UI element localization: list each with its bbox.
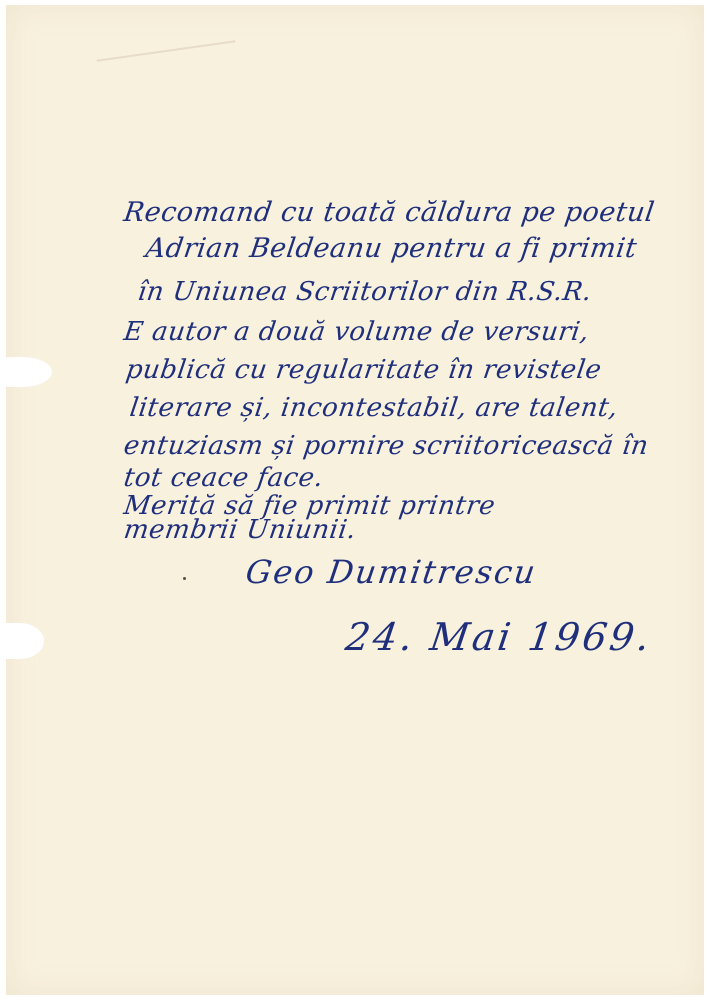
letter-line-3: în Uniunea Scriitorilor din R.S.R. <box>136 277 594 307</box>
letter-line-10: membrii Uniunii. <box>122 515 358 545</box>
ink-speck <box>183 577 186 580</box>
letter-line-1: Recomand cu toată căldura pe poetul <box>122 197 657 228</box>
letter-line-8: tot ceace face. <box>122 463 326 493</box>
punch-hole-bottom <box>0 623 44 659</box>
letter-line-6: literare și, incontestabil, are talent, <box>128 393 620 423</box>
letter-line-5: publică cu regularitate în revistele <box>124 355 604 385</box>
letter-line-4: E autor a două volume de versuri, <box>122 317 591 347</box>
letter-line-2: Adrian Beldeanu pentru a fi primit <box>144 233 639 264</box>
paper-crease <box>97 40 236 61</box>
signature: Geo Dumitrescu <box>243 553 539 591</box>
punch-hole-top <box>0 357 52 387</box>
letter-line-7: entuziasm și pornire scriitoricească în <box>122 431 651 461</box>
letter-date: 24. Mai 1969. <box>343 615 655 659</box>
letter-page: Recomand cu toată căldura pe poetul Adri… <box>6 5 704 995</box>
